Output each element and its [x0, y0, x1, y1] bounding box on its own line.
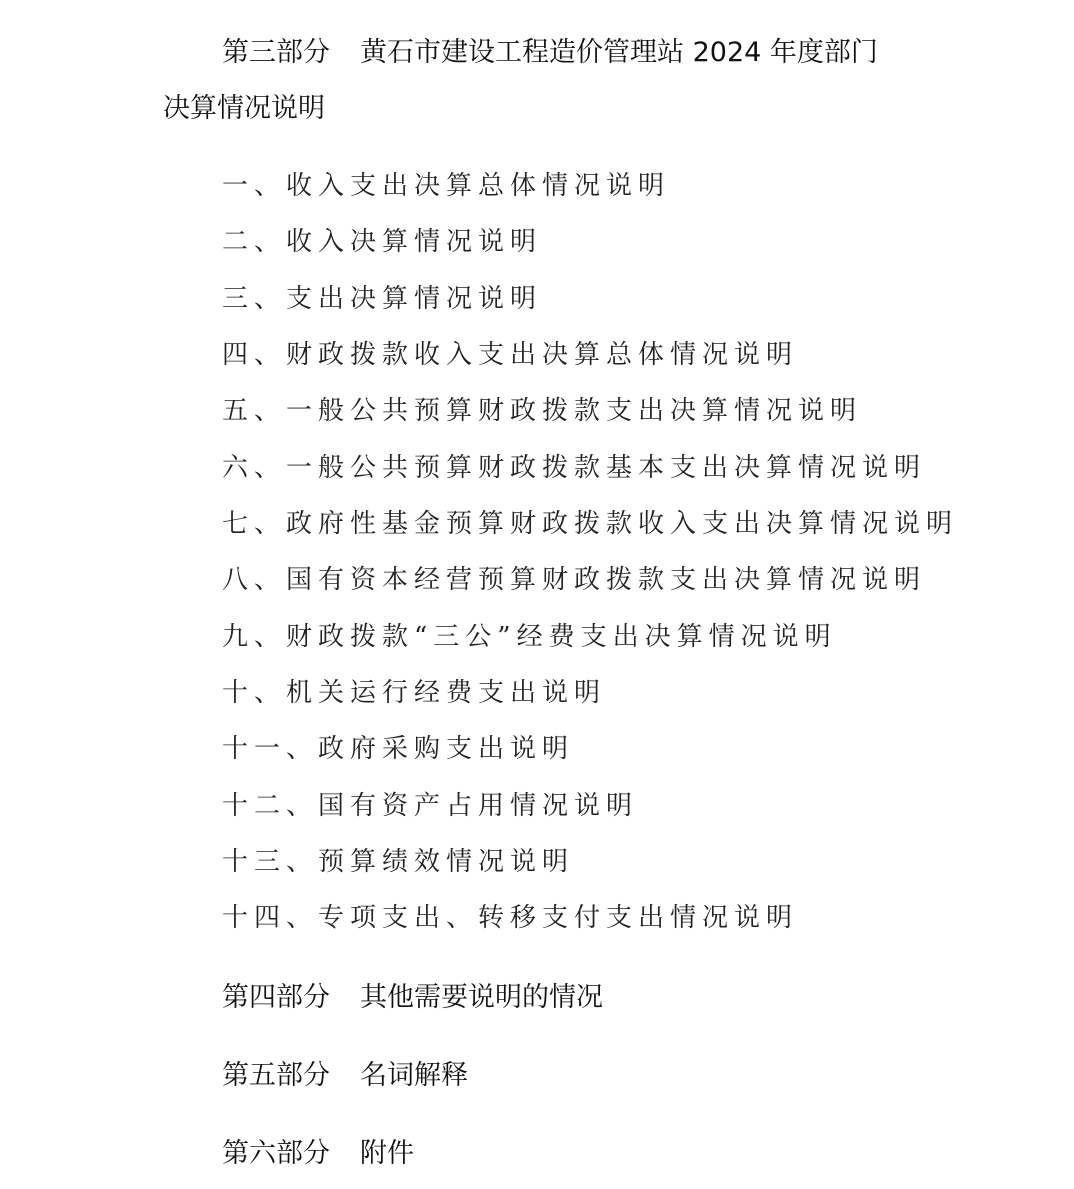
part3-heading: 第三部分黄石市建设工程造价管理站 2024 年度部门 — [222, 30, 878, 69]
toc-item-13: 十三、预算绩效情况说明 — [222, 841, 574, 878]
part4-label: 第四部分 — [222, 982, 330, 1013]
toc-item-2: 二、收入决算情况说明 — [222, 221, 542, 258]
part5-label: 第五部分 — [222, 1060, 330, 1091]
part5-title: 名词解释 — [360, 1060, 468, 1091]
document-page: 第三部分黄石市建设工程造价管理站 2024 年度部门 决算情况说明 一、收入支出… — [0, 0, 1074, 1189]
part6-title: 附件 — [360, 1138, 414, 1169]
part4-heading: 第四部分其他需要说明的情况 — [222, 975, 603, 1014]
toc-item-9: 九、财政拨款“三公”经费支出决算情况说明 — [222, 616, 837, 653]
part6-heading: 第六部分附件 — [222, 1131, 414, 1170]
part3-title-line1: 黄石市建设工程造价管理站 2024 年度部门 — [360, 37, 878, 68]
toc-item-11: 十一、政府采购支出说明 — [222, 728, 574, 765]
toc-item-5: 五、一般公共预算财政拨款支出决算情况说明 — [222, 390, 862, 427]
part5-heading: 第五部分名词解释 — [222, 1053, 468, 1092]
toc-item-7: 七、政府性基金预算财政拨款收入支出决算情况说明 — [222, 503, 958, 540]
toc-item-12: 十二、国有资产占用情况说明 — [222, 785, 638, 822]
toc-item-4: 四、财政拨款收入支出决算总体情况说明 — [222, 334, 798, 371]
part6-label: 第六部分 — [222, 1138, 330, 1169]
part3-label: 第三部分 — [222, 37, 330, 68]
part4-title: 其他需要说明的情况 — [360, 982, 603, 1013]
part3-title-line2: 决算情况说明 — [163, 86, 325, 125]
toc-item-6: 六、一般公共预算财政拨款基本支出决算情况说明 — [222, 447, 926, 484]
toc-item-1: 一、收入支出决算总体情况说明 — [222, 165, 670, 202]
toc-item-14: 十四、专项支出、转移支付支出情况说明 — [222, 897, 798, 934]
toc-item-3: 三、支出决算情况说明 — [222, 278, 542, 315]
toc-item-8: 八、国有资本经营预算财政拨款支出决算情况说明 — [222, 559, 926, 596]
toc-item-10: 十、机关运行经费支出说明 — [222, 672, 606, 709]
